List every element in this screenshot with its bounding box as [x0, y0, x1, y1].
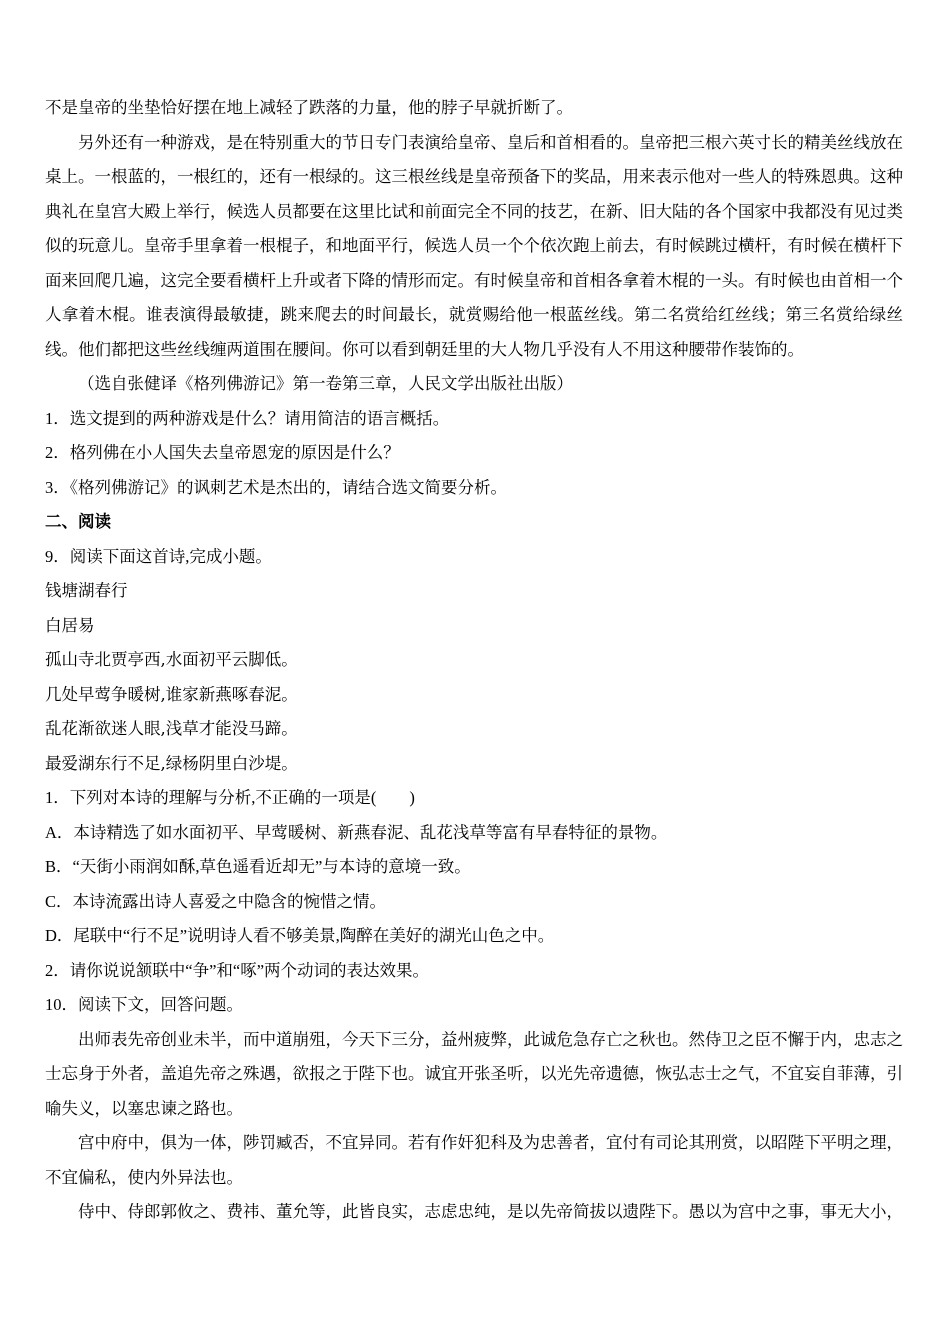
- gulliver-paragraph-continuation: 不是皇帝的坐垫恰好摆在地上减轻了跌落的力量，他的脖子早就折断了。: [45, 91, 903, 126]
- poem-option-a: A．本诗精选了如水面初平、早莺暖树、新燕春泥、乱花浅草等富有早春特征的景物。: [45, 816, 903, 851]
- prose-paragraph-1: 出师表先帝创业未半，而中道崩殂，今天下三分，益州疲弊，此诚危急存亡之秋也。然侍卫…: [45, 1023, 903, 1127]
- gulliver-question-2: 2．格列佛在小人国失去皇帝恩宠的原因是什么？: [45, 436, 903, 471]
- prose-paragraph-2: 宫中府中，俱为一体，陟罚臧否，不宜异同。若有作奸犯科及为忠善者，宜付有司论其刑赏…: [45, 1126, 903, 1195]
- poem-option-c: C．本诗流露出诗人喜爱之中隐含的惋惜之情。: [45, 885, 903, 920]
- poem-question-1: 1．下列对本诗的理解与分析,不正确的一项是( ): [45, 781, 903, 816]
- poem-title: 钱塘湖春行: [45, 574, 903, 609]
- poem-option-b: B．“天街小雨润如酥,草色遥看近却无”与本诗的意境一致。: [45, 850, 903, 885]
- prose-paragraph-3: 侍中、侍郎郭攸之、费祎、董允等，此皆良实，志虑忠纯，是以先帝简拔以遗陛下。愚以为…: [45, 1195, 903, 1230]
- gulliver-question-1: 1．选文提到的两种游戏是什么？请用简洁的语言概括。: [45, 402, 903, 437]
- gulliver-question-3: 3．《格列佛游记》的讽刺艺术是杰出的，请结合选文简要分析。: [45, 471, 903, 506]
- poem-line-2: 几处早莺争暖树,谁家新燕啄春泥。: [45, 678, 903, 713]
- poem-line-4: 最爱湖东行不足,绿杨阴里白沙堤。: [45, 747, 903, 782]
- poem-task-intro: 9．阅读下面这首诗,完成小题。: [45, 540, 903, 575]
- poem-author: 白居易: [45, 609, 903, 644]
- gulliver-paragraph-rope-game: 另外还有一种游戏，是在特别重大的节日专门表演给皇帝、皇后和首相看的。皇帝把三根六…: [45, 126, 903, 368]
- poem-option-d: D．尾联中“行不足”说明诗人看不够美景,陶醉在美好的湖光山色之中。: [45, 919, 903, 954]
- prose-task-intro: 10．阅读下文，回答问题。: [45, 988, 903, 1023]
- gulliver-source-attribution: （选自张健译《格列佛游记》第一卷第三章，人民文学出版社出版）: [45, 367, 903, 402]
- section-heading-reading: 二、阅读: [45, 505, 903, 540]
- poem-question-2: 2．请你说说颔联中“争”和“啄”两个动词的表达效果。: [45, 954, 903, 989]
- poem-line-3: 乱花渐欲迷人眼,浅草才能没马蹄。: [45, 712, 903, 747]
- poem-line-1: 孤山寺北贾亭西,水面初平云脚低。: [45, 643, 903, 678]
- exam-document-page: 不是皇帝的坐垫恰好摆在地上减轻了跌落的力量，他的脖子早就折断了。 另外还有一种游…: [0, 0, 950, 1344]
